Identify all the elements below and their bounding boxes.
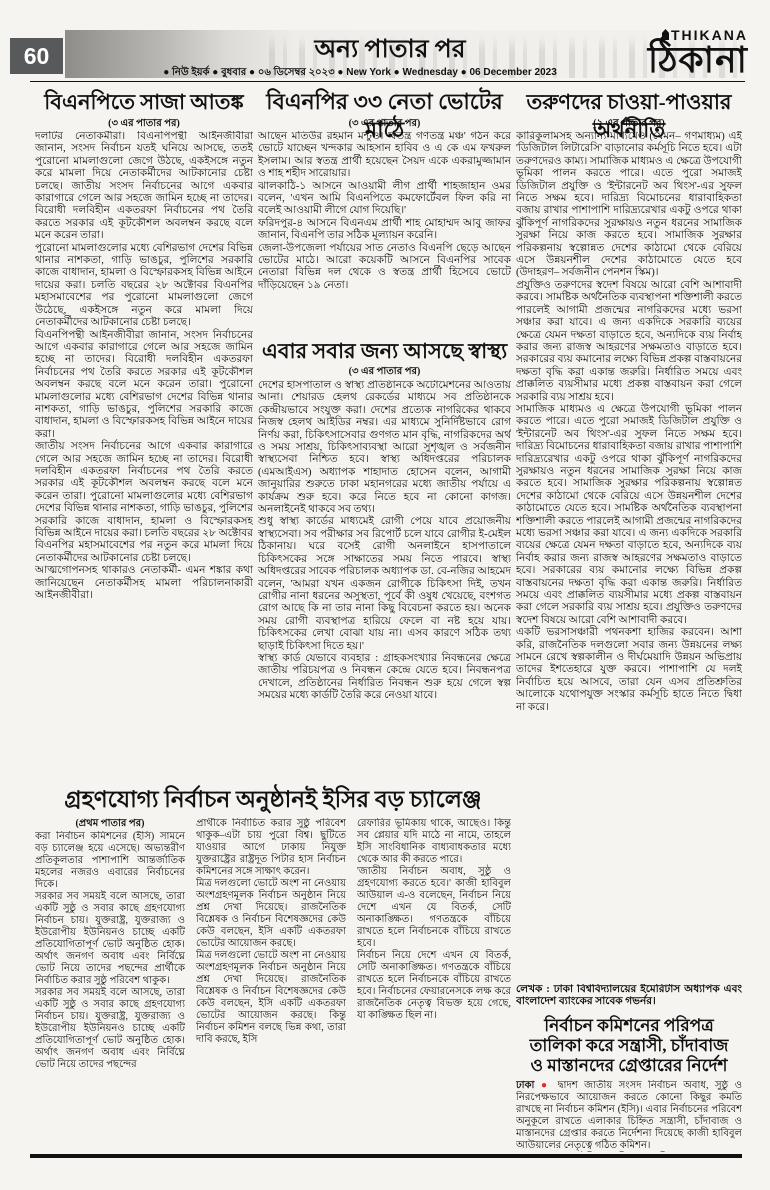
article-body-circular: ঢাকা ● দ্বাদশ জাতীয় সংসদ নির্বাচন অবাধ,… xyxy=(516,1080,742,1152)
continued-note: (৩ এর পাতার পর) xyxy=(258,118,511,130)
headline-ec-challenge: গ্রহণযোগ্য নির্বাচন অনুষ্ঠানই ইসির বড় চ… xyxy=(35,786,511,814)
bottom-rule xyxy=(30,1154,742,1158)
continued-note: (২ এর পাতার পর) xyxy=(516,118,742,130)
continued-note: (৩ এর পাতার পর) xyxy=(258,366,511,378)
logo-bengali-name: ঠিকানা xyxy=(592,42,748,78)
headline-health: এবার সবার জন্য আসছে স্বাস্থ্য xyxy=(258,338,511,365)
article-body-bnp-33: আছেন মতিউর রহমান মন্টুও। 'স্বতন্ত্র গণতন… xyxy=(258,131,511,333)
headline-circular: নির্বাচন কমিশনের পরিপত্র তালিকা করে সন্ত… xyxy=(516,1016,742,1076)
headline-bnp-saja: বিএনপিতে সাজা আতঙ্ক xyxy=(35,88,253,116)
masthead-dateline: ● নিউ ইয়র্ক ● বুধবার ● ০৬ ডিসেম্বর ২০২৩… xyxy=(140,66,580,79)
continued-note: (প্রথম পাতার পর) xyxy=(35,818,185,830)
article-body-ec-col2: প্রার্থীকে নির্বাচিত করার সুষ্ঠু পরিবেশ … xyxy=(196,818,346,1149)
article-body-ec-col3: রেফারির ভূমিকায় থাকে, আছেও। কিন্তু সব প… xyxy=(357,818,511,1149)
article-body-health: দেশের হাসপাতাল ও স্বাস্থ্য প্রতিষ্ঠানকে … xyxy=(258,380,511,780)
author-note: লেখক : ঢাকা বিশ্ববিদ্যালয়ের ইমেরিটাস অধ… xyxy=(516,984,742,1010)
dateline-city: ঢাকা xyxy=(516,1080,534,1091)
building-icon xyxy=(662,29,669,40)
article-body-bnp-saja: দলটির নেতাকর্মীরা। বিএনপিপন্থী আইনজীবীরা… xyxy=(35,131,253,776)
section-title: অন্য পাতার পর xyxy=(250,36,530,64)
header-divider xyxy=(30,81,745,82)
red-bullet-icon: ● xyxy=(541,1080,551,1091)
continued-note: (৩ এর পাতার পর) xyxy=(35,118,253,130)
newspaper-logo: THIKANA ঠিকানা xyxy=(592,28,748,80)
page-number: 60 xyxy=(10,38,63,74)
article-body-tarun: কারিকুলামসহ অন্যান্য মাধ্যমেও (যেমন– গণম… xyxy=(516,131,742,983)
article-body-ec-col1: করা নির্বাচন কমিশনের (ইসি) সামনে বড় চ্য… xyxy=(35,831,185,1149)
